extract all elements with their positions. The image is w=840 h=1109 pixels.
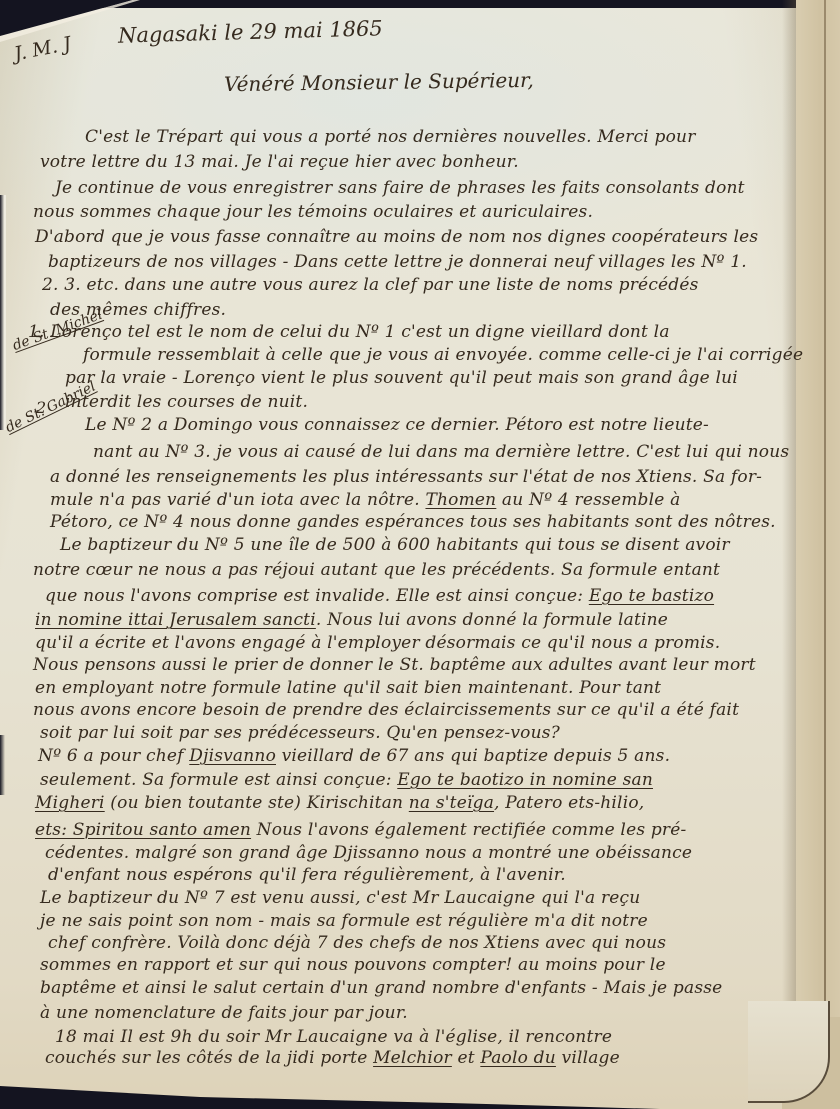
salutation: Vénéré Monsieur le Supérieur, bbox=[224, 68, 534, 96]
text-segment: a donné les renseignements les plus inté… bbox=[50, 467, 762, 487]
letter-line: votre lettre du 13 mai. Je l'ai reçue hi… bbox=[40, 152, 519, 172]
text-segment: mule n'a pas varié d'un iota avec la nôt… bbox=[50, 490, 425, 510]
text-segment: village bbox=[556, 1048, 620, 1068]
letter-line: je ne sais point son nom - mais sa formu… bbox=[40, 911, 648, 931]
letter-line: des mêmes chiffres. bbox=[50, 300, 226, 320]
text-segment: 18 mai Il est 9h du soir Mr Laucaigne va… bbox=[55, 1027, 612, 1047]
letter-line: en employant notre formule latine qu'il … bbox=[35, 678, 661, 698]
text-segment: nous avons encore besoin de prendre des … bbox=[33, 700, 739, 720]
letter-line: Le baptizeur du Nº 7 est venu aussi, c'e… bbox=[40, 888, 640, 908]
letter-line: in nomine ittai Jerusalem sancti. Nous l… bbox=[35, 610, 668, 630]
underlined-phrase: Ego te bastizo bbox=[589, 586, 714, 606]
page-edge-shadow bbox=[782, 0, 796, 1109]
letter-line: notre cœur ne nous a pas réjoui autant q… bbox=[33, 560, 720, 580]
text-segment: . Nous lui avons donné la formule latine bbox=[316, 610, 668, 630]
text-segment: Nous l'avons également rectifiée comme l… bbox=[251, 820, 686, 840]
text-segment: formule ressemblait à celle que je vous … bbox=[83, 345, 803, 365]
text-segment: baptême et ainsi le salut certain d'un g… bbox=[40, 978, 722, 998]
underlined-phrase: Melchior bbox=[373, 1048, 452, 1068]
text-segment: Le Nº 2 a Domingo vous connaissez ce der… bbox=[85, 415, 709, 435]
letter-line: par la vraie - Lorenço vient le plus sou… bbox=[65, 368, 738, 388]
text-segment: Nous pensons aussi le prier de donner le… bbox=[33, 655, 756, 675]
text-segment: C'est le Trépart qui vous a porté nos de… bbox=[85, 127, 696, 147]
letter-line: baptême et ainsi le salut certain d'un g… bbox=[40, 978, 722, 998]
text-segment: cédentes. malgré son grand âge Djissanno… bbox=[45, 843, 692, 863]
text-segment: et bbox=[452, 1048, 481, 1068]
letter-line: 1. Lorenço tel est le nom de celui du Nº… bbox=[28, 322, 670, 342]
letter-line: formule ressemblait à celle que je vous … bbox=[83, 345, 803, 365]
text-segment: (ou bien toutante ste) Kirischitan bbox=[105, 793, 409, 813]
letter-line: Migheri (ou bien toutante ste) Kirischit… bbox=[35, 793, 644, 813]
manuscript-page: J. M. J Nagasaki le 29 mai 1865 13 Vénér… bbox=[0, 0, 840, 1109]
letter-line: Nº 6 a pour chef Djisvanno vieillard de … bbox=[38, 746, 670, 766]
letter-line: nous avons encore besoin de prendre des … bbox=[33, 700, 739, 720]
text-segment: votre lettre du 13 mai. Je l'ai reçue hi… bbox=[40, 152, 519, 172]
text-segment: que nous l'avons comprise est invalide. … bbox=[45, 586, 589, 606]
letter-line: d'enfant nous espérons qu'il fera réguli… bbox=[48, 865, 566, 885]
text-segment: , Patero ets-hilio, bbox=[494, 793, 644, 813]
page-corner-curl bbox=[748, 1001, 830, 1103]
text-segment: chef confrère. Voilà donc déjà 7 des che… bbox=[48, 933, 666, 953]
underlined-phrase: Paolo du bbox=[480, 1048, 556, 1068]
letter-line: sommes en rapport et sur qui nous pouvon… bbox=[40, 955, 666, 975]
text-segment: Pétoro, ce Nº 4 nous donne gandes espéra… bbox=[50, 512, 776, 532]
letter-line: seulement. Sa formule est ainsi conçue: … bbox=[40, 770, 653, 790]
text-segment: Le baptizeur du Nº 7 est venu aussi, c'e… bbox=[40, 888, 640, 908]
underlined-phrase: Djisvanno bbox=[189, 746, 276, 766]
binding-strip bbox=[796, 0, 840, 1109]
letter-line: qu'il a écrite et l'avons engagé à l'emp… bbox=[35, 633, 720, 653]
underlined-phrase: in nomine ittai Jerusalem sancti bbox=[35, 610, 316, 630]
text-segment: 1. Lorenço tel est le nom de celui du Nº… bbox=[28, 322, 670, 342]
text-segment: notre cœur ne nous a pas réjoui autant q… bbox=[33, 560, 720, 580]
text-segment: soit par lui soit par ses prédécesseurs.… bbox=[40, 723, 560, 743]
photo-edge-left-lower bbox=[0, 735, 5, 795]
text-segment: seulement. Sa formule est ainsi conçue: bbox=[40, 770, 397, 790]
underlined-phrase: Thomen bbox=[425, 490, 496, 510]
letter-line: Le baptizeur du Nº 5 une île de 500 à 60… bbox=[60, 535, 730, 555]
letter-line: Le Nº 2 a Domingo vous connaissez ce der… bbox=[85, 415, 709, 435]
letter-line: baptizeurs de nos villages - Dans cette … bbox=[48, 252, 747, 272]
binding-crease-line bbox=[824, 0, 826, 1109]
underlined-phrase: ets: Spiritou santo amen bbox=[35, 820, 251, 840]
letter-line: 2. 3. etc. dans une autre vous aurez la … bbox=[42, 275, 699, 295]
text-segment: des mêmes chiffres. bbox=[50, 300, 226, 320]
letter-line: C'est le Trépart qui vous a porté nos de… bbox=[85, 127, 696, 147]
text-segment: Le baptizeur du Nº 5 une île de 500 à 60… bbox=[60, 535, 730, 555]
text-segment: Nº 6 a pour chef bbox=[38, 746, 189, 766]
letter-line: à une nomenclature de faits jour par jou… bbox=[40, 1003, 408, 1023]
letter-line: 18 mai Il est 9h du soir Mr Laucaigne va… bbox=[55, 1027, 612, 1047]
photo-corner-top-left bbox=[0, 0, 132, 36]
text-segment: en employant notre formule latine qu'il … bbox=[35, 678, 661, 698]
underlined-phrase: Migheri bbox=[35, 793, 105, 813]
letter-line: a donné les renseignements les plus inté… bbox=[50, 467, 762, 487]
text-segment: au Nº 4 ressemble à bbox=[496, 490, 680, 510]
letter-line: soit par lui soit par ses prédécesseurs.… bbox=[40, 723, 560, 743]
text-segment: baptizeurs de nos villages - Dans cette … bbox=[48, 252, 747, 272]
text-segment: qu'il a écrite et l'avons engagé à l'emp… bbox=[35, 633, 720, 653]
photo-edge-bottom bbox=[0, 1080, 840, 1109]
underlined-phrase: na s'teïga bbox=[409, 793, 494, 813]
text-segment: 2. 3. etc. dans une autre vous aurez la … bbox=[42, 275, 699, 295]
text-segment: couchés sur les côtés de la jidi porte bbox=[45, 1048, 373, 1068]
text-segment: nous sommes chaque jour les témoins ocul… bbox=[33, 202, 593, 222]
letter-line: nous sommes chaque jour les témoins ocul… bbox=[33, 202, 593, 222]
text-segment: d'enfant nous espérons qu'il fera réguli… bbox=[48, 865, 566, 885]
text-segment: par la vraie - Lorenço vient le plus sou… bbox=[65, 368, 738, 388]
letter-line: D'abord que je vous fasse connaître au m… bbox=[35, 227, 758, 247]
letter-line: cédentes. malgré son grand âge Djissanno… bbox=[45, 843, 692, 863]
text-segment: Je continue de vous enregistrer sans fai… bbox=[55, 178, 745, 198]
text-segment: je ne sais point son nom - mais sa formu… bbox=[40, 911, 648, 931]
underlined-phrase: Ego te baotizo in nomine san bbox=[397, 770, 653, 790]
letter-line: que nous l'avons comprise est invalide. … bbox=[45, 586, 714, 606]
letter-line: Pétoro, ce Nº 4 nous donne gandes espéra… bbox=[50, 512, 776, 532]
text-segment: D'abord que je vous fasse connaître au m… bbox=[35, 227, 758, 247]
dateline: Nagasaki le 29 mai 1865 bbox=[118, 16, 383, 47]
text-segment: sommes en rapport et sur qui nous pouvon… bbox=[40, 955, 666, 975]
letter-line: ets: Spiritou santo amen Nous l'avons ég… bbox=[35, 820, 686, 840]
letter-line: nant au Nº 3. je vous ai causé de lui da… bbox=[93, 442, 789, 462]
monogram-jmj: J. M. J bbox=[12, 33, 73, 66]
letter-line: mule n'a pas varié d'un iota avec la nôt… bbox=[50, 490, 680, 510]
letter-line: chef confrère. Voilà donc déjà 7 des che… bbox=[48, 933, 666, 953]
text-segment: nant au Nº 3. je vous ai causé de lui da… bbox=[93, 442, 789, 462]
letter-line: interdit les courses de nuit. bbox=[65, 392, 308, 412]
text-segment: vieillard de 67 ans qui baptize depuis 5… bbox=[276, 746, 670, 766]
letter-line: Je continue de vous enregistrer sans fai… bbox=[55, 178, 745, 198]
letter-line: couchés sur les côtés de la jidi porte M… bbox=[45, 1048, 620, 1068]
letter-line: Nous pensons aussi le prier de donner le… bbox=[33, 655, 756, 675]
text-segment: à une nomenclature de faits jour par jou… bbox=[40, 1003, 408, 1023]
text-segment: interdit les courses de nuit. bbox=[65, 392, 308, 412]
photo-edge-left bbox=[0, 195, 6, 430]
